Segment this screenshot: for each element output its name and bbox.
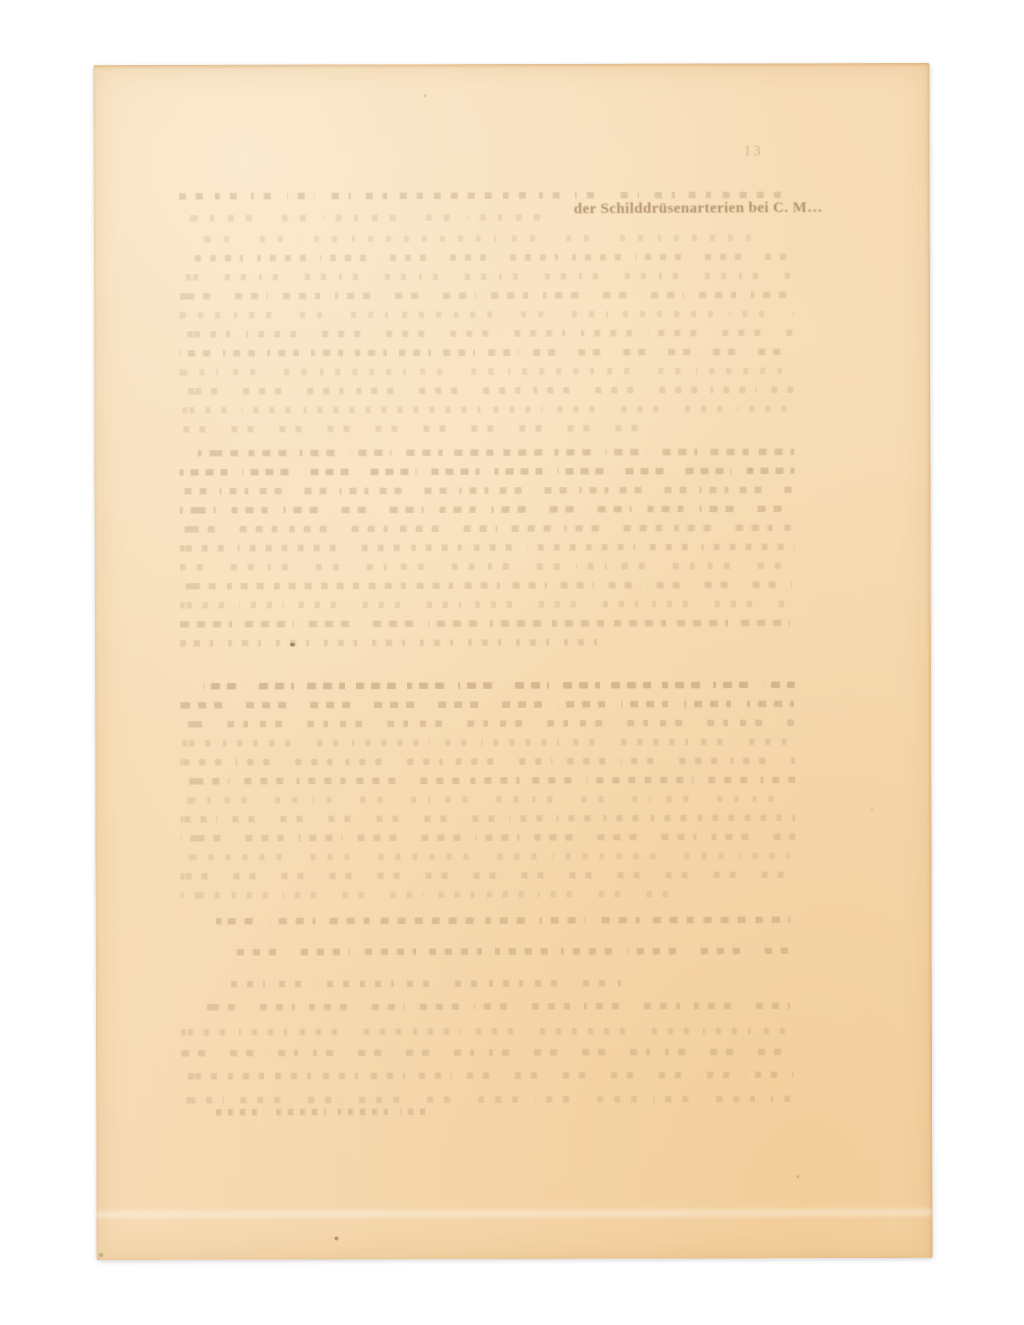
paper-speck	[335, 1236, 339, 1240]
paper-marks	[93, 63, 932, 1260]
paper-speck	[99, 1253, 104, 1257]
paper-speck	[96, 1209, 932, 1218]
scan-background: 13 der Schilddrüsenarterien bei C. M…	[0, 0, 1024, 1325]
paper-speck	[870, 808, 873, 811]
paper-speck	[424, 94, 427, 97]
paper-speck	[796, 1175, 799, 1178]
paper-speck	[749, 468, 752, 471]
paper-speck	[290, 643, 295, 647]
scanned-page: 13 der Schilddrüsenarterien bei C. M…	[93, 63, 932, 1260]
